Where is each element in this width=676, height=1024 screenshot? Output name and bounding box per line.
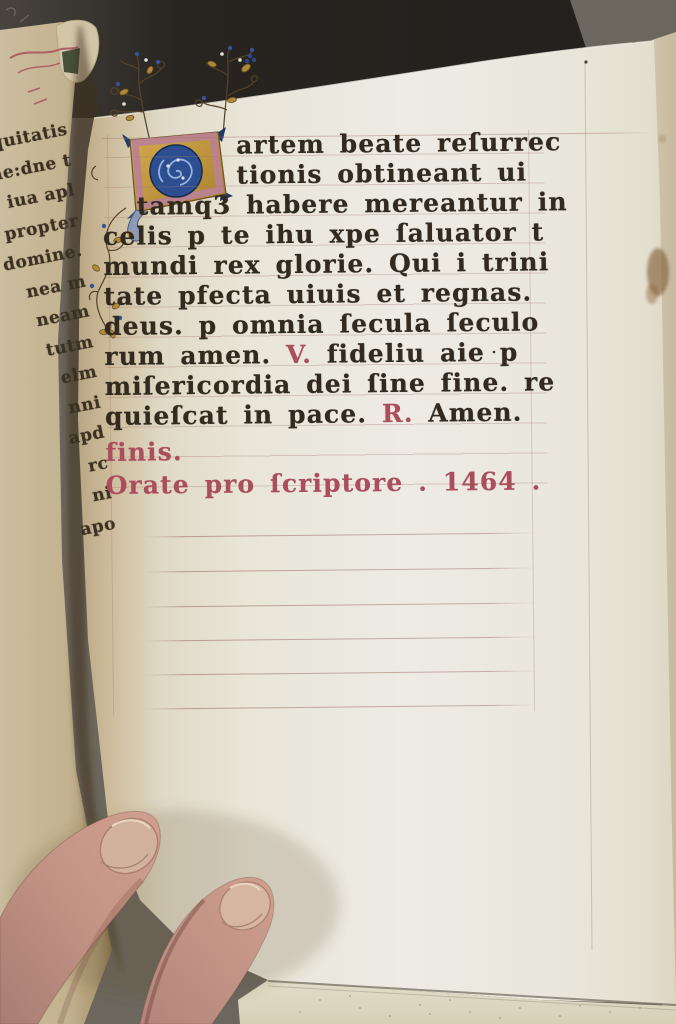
manuscript-text-line: miſericordia dei ſine fine. re bbox=[105, 367, 575, 402]
body-text: deus. p omnia ſecula ſeculo bbox=[104, 307, 540, 341]
body-text: mundi rex glorie. Qui i trini bbox=[103, 247, 549, 281]
manuscript-text-line: artem beate reſurrec bbox=[102, 127, 572, 162]
body-text: artem beate reſurrec bbox=[236, 127, 561, 159]
manuscript-text-line: tionis obtineant ui bbox=[102, 157, 572, 192]
manuscript-text-block: artem beate reſurrectionis obtineant uit… bbox=[102, 127, 578, 732]
rubric-text: Orate pro ſcriptore . 1464 . bbox=[106, 466, 542, 500]
manuscript-text-line: deus. p omnia ſecula ſeculo bbox=[104, 307, 574, 342]
manuscript-text-line: tate pfecta uiuis et regnas. bbox=[104, 277, 574, 312]
empty-ruled-line bbox=[143, 567, 537, 572]
edge-speck bbox=[584, 60, 587, 63]
empty-ruled-line bbox=[143, 636, 537, 641]
body-text: celis p te ihu xpe ſaluator t bbox=[103, 217, 544, 251]
body-text: tionis obtineant ui bbox=[236, 158, 527, 190]
manuscript-text-line: celis p te ihu xpe ſaluator t bbox=[103, 217, 573, 252]
rubric-text: V. bbox=[286, 340, 312, 369]
manuscript-photo: v4c P nquitatisne:dne tiua aplpropterdom… bbox=[0, 0, 676, 1024]
manuscript-text-line: rum amen. V. fideliu aie p bbox=[104, 337, 574, 372]
manuscript-text-line: Orate pro ſcriptore . 1464 . bbox=[106, 466, 576, 501]
empty-ruled-line bbox=[144, 670, 538, 675]
page-stain-small bbox=[646, 284, 658, 304]
body-text: fideliu aie p bbox=[312, 338, 519, 369]
manuscript-text-line: tamq3 habere mereantur in bbox=[103, 187, 573, 222]
manuscript-text-line: quieſcat in pace. R. Amen. bbox=[105, 397, 575, 432]
manuscript-text-line: mundi rex glorie. Qui i trini bbox=[103, 247, 573, 282]
body-text: quieſcat in pace. bbox=[105, 399, 382, 431]
empty-ruled-line bbox=[144, 704, 538, 709]
empty-ruled-line bbox=[142, 532, 536, 537]
empty-ruled-line bbox=[143, 602, 537, 607]
folio-mark: v4c bbox=[608, 31, 641, 48]
page-spot bbox=[658, 135, 666, 143]
body-text: tate pfecta uiuis et regnas. bbox=[104, 278, 533, 311]
body-text: tamq3 habere mereantur in bbox=[137, 187, 568, 221]
rubric-text: finis. bbox=[105, 437, 183, 467]
body-text: Amen. bbox=[413, 398, 522, 428]
body-text: miſericordia dei ſine fine. re bbox=[105, 367, 556, 401]
body-text: rum amen. bbox=[104, 340, 286, 371]
rubric-text: R. bbox=[382, 399, 414, 428]
manuscript-text-line: finis. bbox=[105, 433, 575, 468]
